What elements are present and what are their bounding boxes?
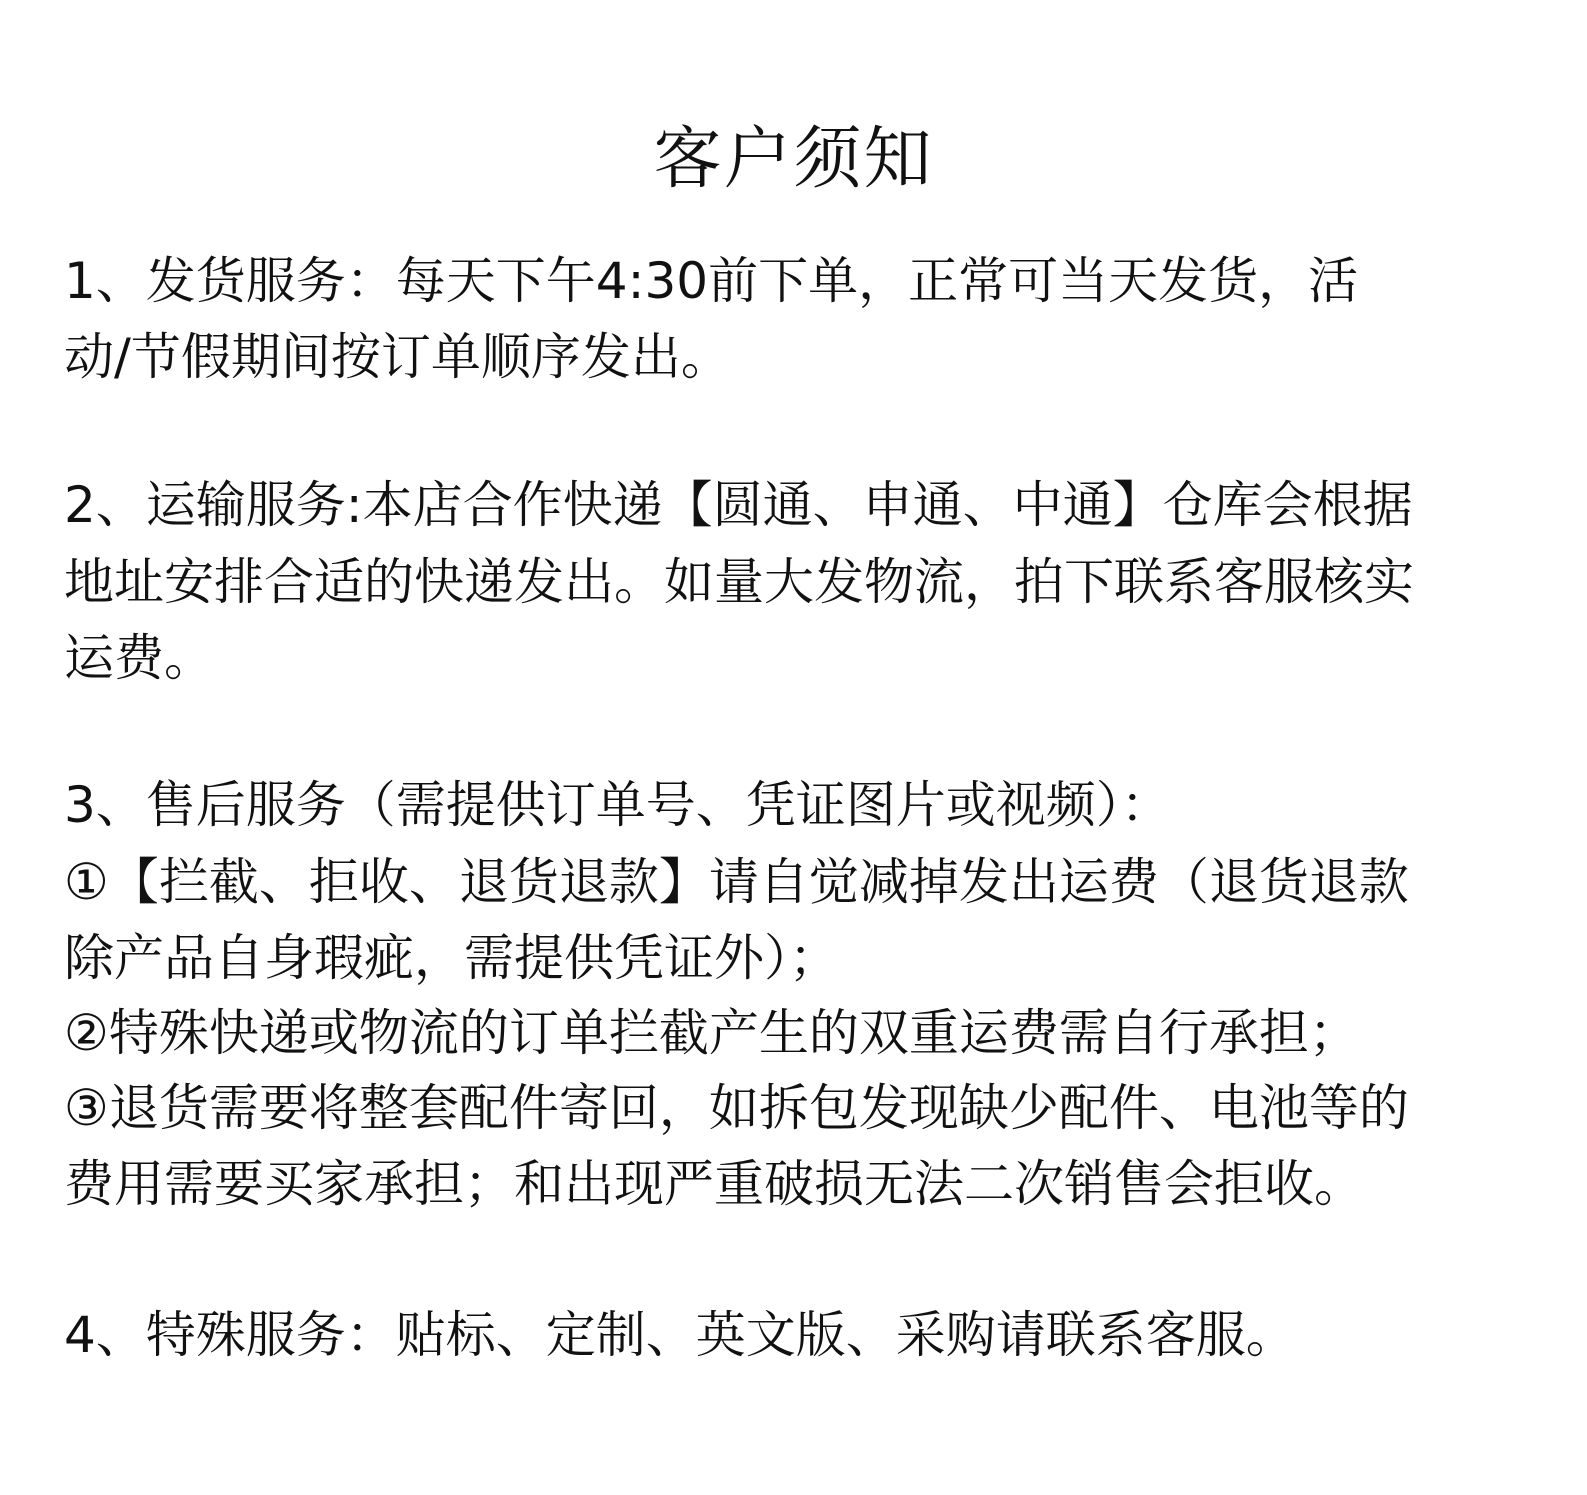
page-title: 客户须知 bbox=[0, 115, 1587, 205]
section-text-line: ③退货需要将整套配件寄回，如拆包发现缺少配件、电池等的 bbox=[64, 1078, 1409, 1138]
section-text-line: 动/节假期间按订单顺序发出。 bbox=[64, 327, 731, 387]
section-text-line: 2、运输服务:本店合作快递【圆通、申通、中通】仓库会根据 bbox=[64, 475, 1413, 535]
section-text-line: ①【拦截、拒收、退货退款】请自觉减掉发出运费（退货退款 bbox=[64, 852, 1409, 912]
section-text-line: 地址安排合适的快递发出。如量大发物流，拍下联系客服核实 bbox=[64, 552, 1414, 612]
section-text-line: 运费。 bbox=[64, 628, 214, 688]
section-text-line: 除产品自身瑕疵，需提供凭证外）； bbox=[64, 928, 839, 988]
section-text-line: 3、售后服务（需提供订单号、凭证图片或视频）： bbox=[64, 775, 1171, 835]
section-text-line: ②特殊快递或物流的订单拦截产生的双重运费需自行承担； bbox=[64, 1003, 1359, 1063]
section-text-line: 4、特殊服务：贴标、定制、英文版、采购请联系客服。 bbox=[64, 1305, 1296, 1365]
section-text-line: 费用需要买家承担；和出现严重破损无法二次销售会拒收。 bbox=[64, 1154, 1364, 1214]
section-text-line: 1、发货服务：每天下午4:30前下单，正常可当天发货，活 bbox=[64, 251, 1358, 311]
